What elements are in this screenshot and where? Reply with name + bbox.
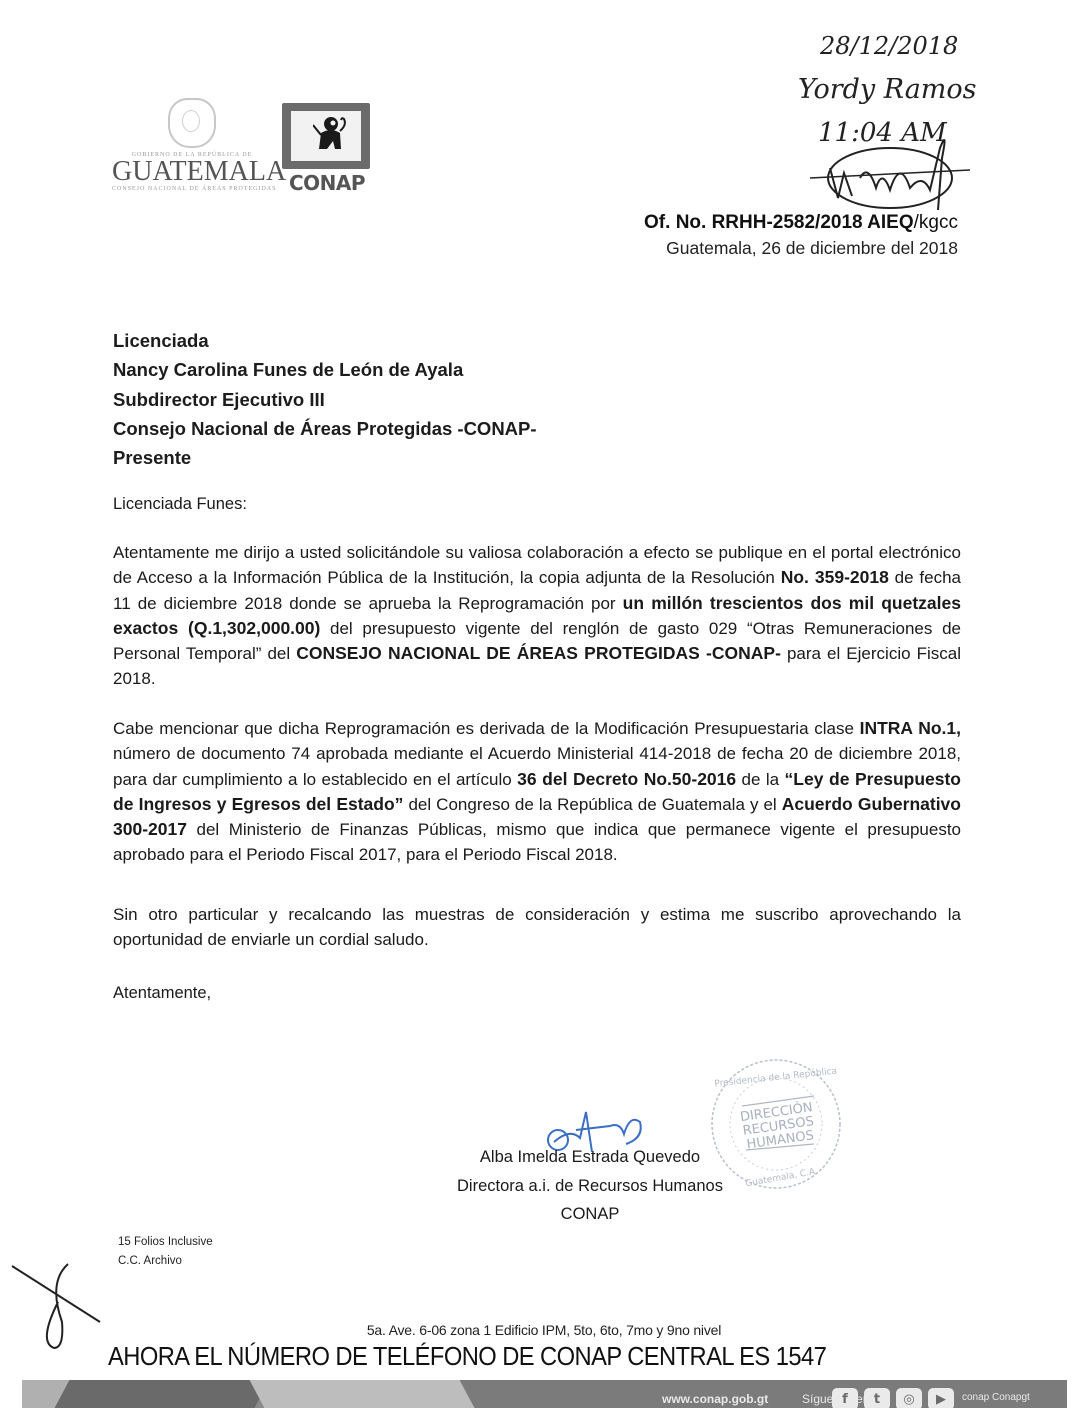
addressee-presente: Presente <box>113 443 537 472</box>
svg-text:Presidencia de la República: Presidencia de la República <box>714 1067 838 1090</box>
addressee-position: Subdirector Ejecutivo III <box>113 385 537 414</box>
addressee-block: Licenciada Nancy Carolina Funes de León … <box>113 326 537 472</box>
addressee-title: Licenciada <box>113 326 537 355</box>
office-number: Of. No. RRHH-2582/2018 AIEQ/kgcc <box>644 212 958 234</box>
conap-logo: CONAP <box>282 103 372 198</box>
monkey-icon <box>313 115 347 155</box>
received-by: Yordy Ramos <box>798 74 977 105</box>
logo-name: GUATEMALA <box>112 158 272 186</box>
salutation: Licenciada Funes: <box>113 495 247 514</box>
twitter-icon[interactable]: t <box>864 1388 890 1408</box>
footer-bar: www.conap.gob.gt Síguenos en: f t ◎ ▶ co… <box>22 1380 1067 1408</box>
folios-note: 15 Folios Inclusive <box>118 1233 213 1252</box>
logo-bottom-line: CONSEJO NACIONAL DE ÁREAS PROTEGIDAS <box>112 186 272 192</box>
youtube-icon[interactable]: ▶ <box>928 1388 954 1408</box>
footer-phone-banner: AHORA EL NÚMERO DE TELÉFONO DE CONAP CEN… <box>108 1343 826 1372</box>
coat-of-arms-icon <box>168 98 216 148</box>
place-date: Guatemala, 26 de diciembre del 2018 <box>644 238 958 259</box>
footnotes: 15 Folios Inclusive C.C. Archivo <box>118 1233 213 1271</box>
body-paragraph-3: Sin otro particular y recalcando las mue… <box>113 902 961 953</box>
guatemala-government-logo: GOBIERNO DE LA REPÚBLICA DE GUATEMALA CO… <box>112 98 272 208</box>
instagram-icon[interactable]: ◎ <box>896 1388 922 1408</box>
body-paragraph-1: Atentamente me dirijo a usted solicitánd… <box>113 540 961 692</box>
official-stamp-icon: DIRECCIÓN RECURSOS HUMANOS Presidencia d… <box>702 1058 850 1190</box>
received-date: 28/12/2018 <box>820 32 958 60</box>
addressee-name: Nancy Carolina Funes de León de Ayala <box>113 355 537 384</box>
facebook-icon[interactable]: f <box>832 1388 858 1408</box>
footer-social-handle: conap Conapgt <box>962 1392 1030 1403</box>
addressee-institution: Consejo Nacional de Áreas Protegidas -CO… <box>113 414 537 443</box>
office-reference: Of. No. RRHH-2582/2018 AIEQ/kgcc Guatema… <box>644 212 958 259</box>
cc-note: C.C. Archivo <box>118 1252 213 1271</box>
handwritten-initials-icon <box>8 1262 103 1352</box>
conap-logo-text: CONAP <box>282 171 372 195</box>
handwritten-signature-icon <box>810 118 980 213</box>
closing: Atentamente, <box>113 984 211 1003</box>
signer-institution: CONAP <box>430 1200 750 1229</box>
footer-address: 5a. Ave. 6-06 zona 1 Edificio IPM, 5to, … <box>0 1322 1088 1338</box>
received-handwritten-note: 28/12/2018 Yordy Ramos 11:04 AM <box>790 18 980 198</box>
footer-website[interactable]: www.conap.gob.gt <box>662 1392 768 1406</box>
body-paragraph-2: Cabe mencionar que dicha Reprogramación … <box>113 716 961 868</box>
